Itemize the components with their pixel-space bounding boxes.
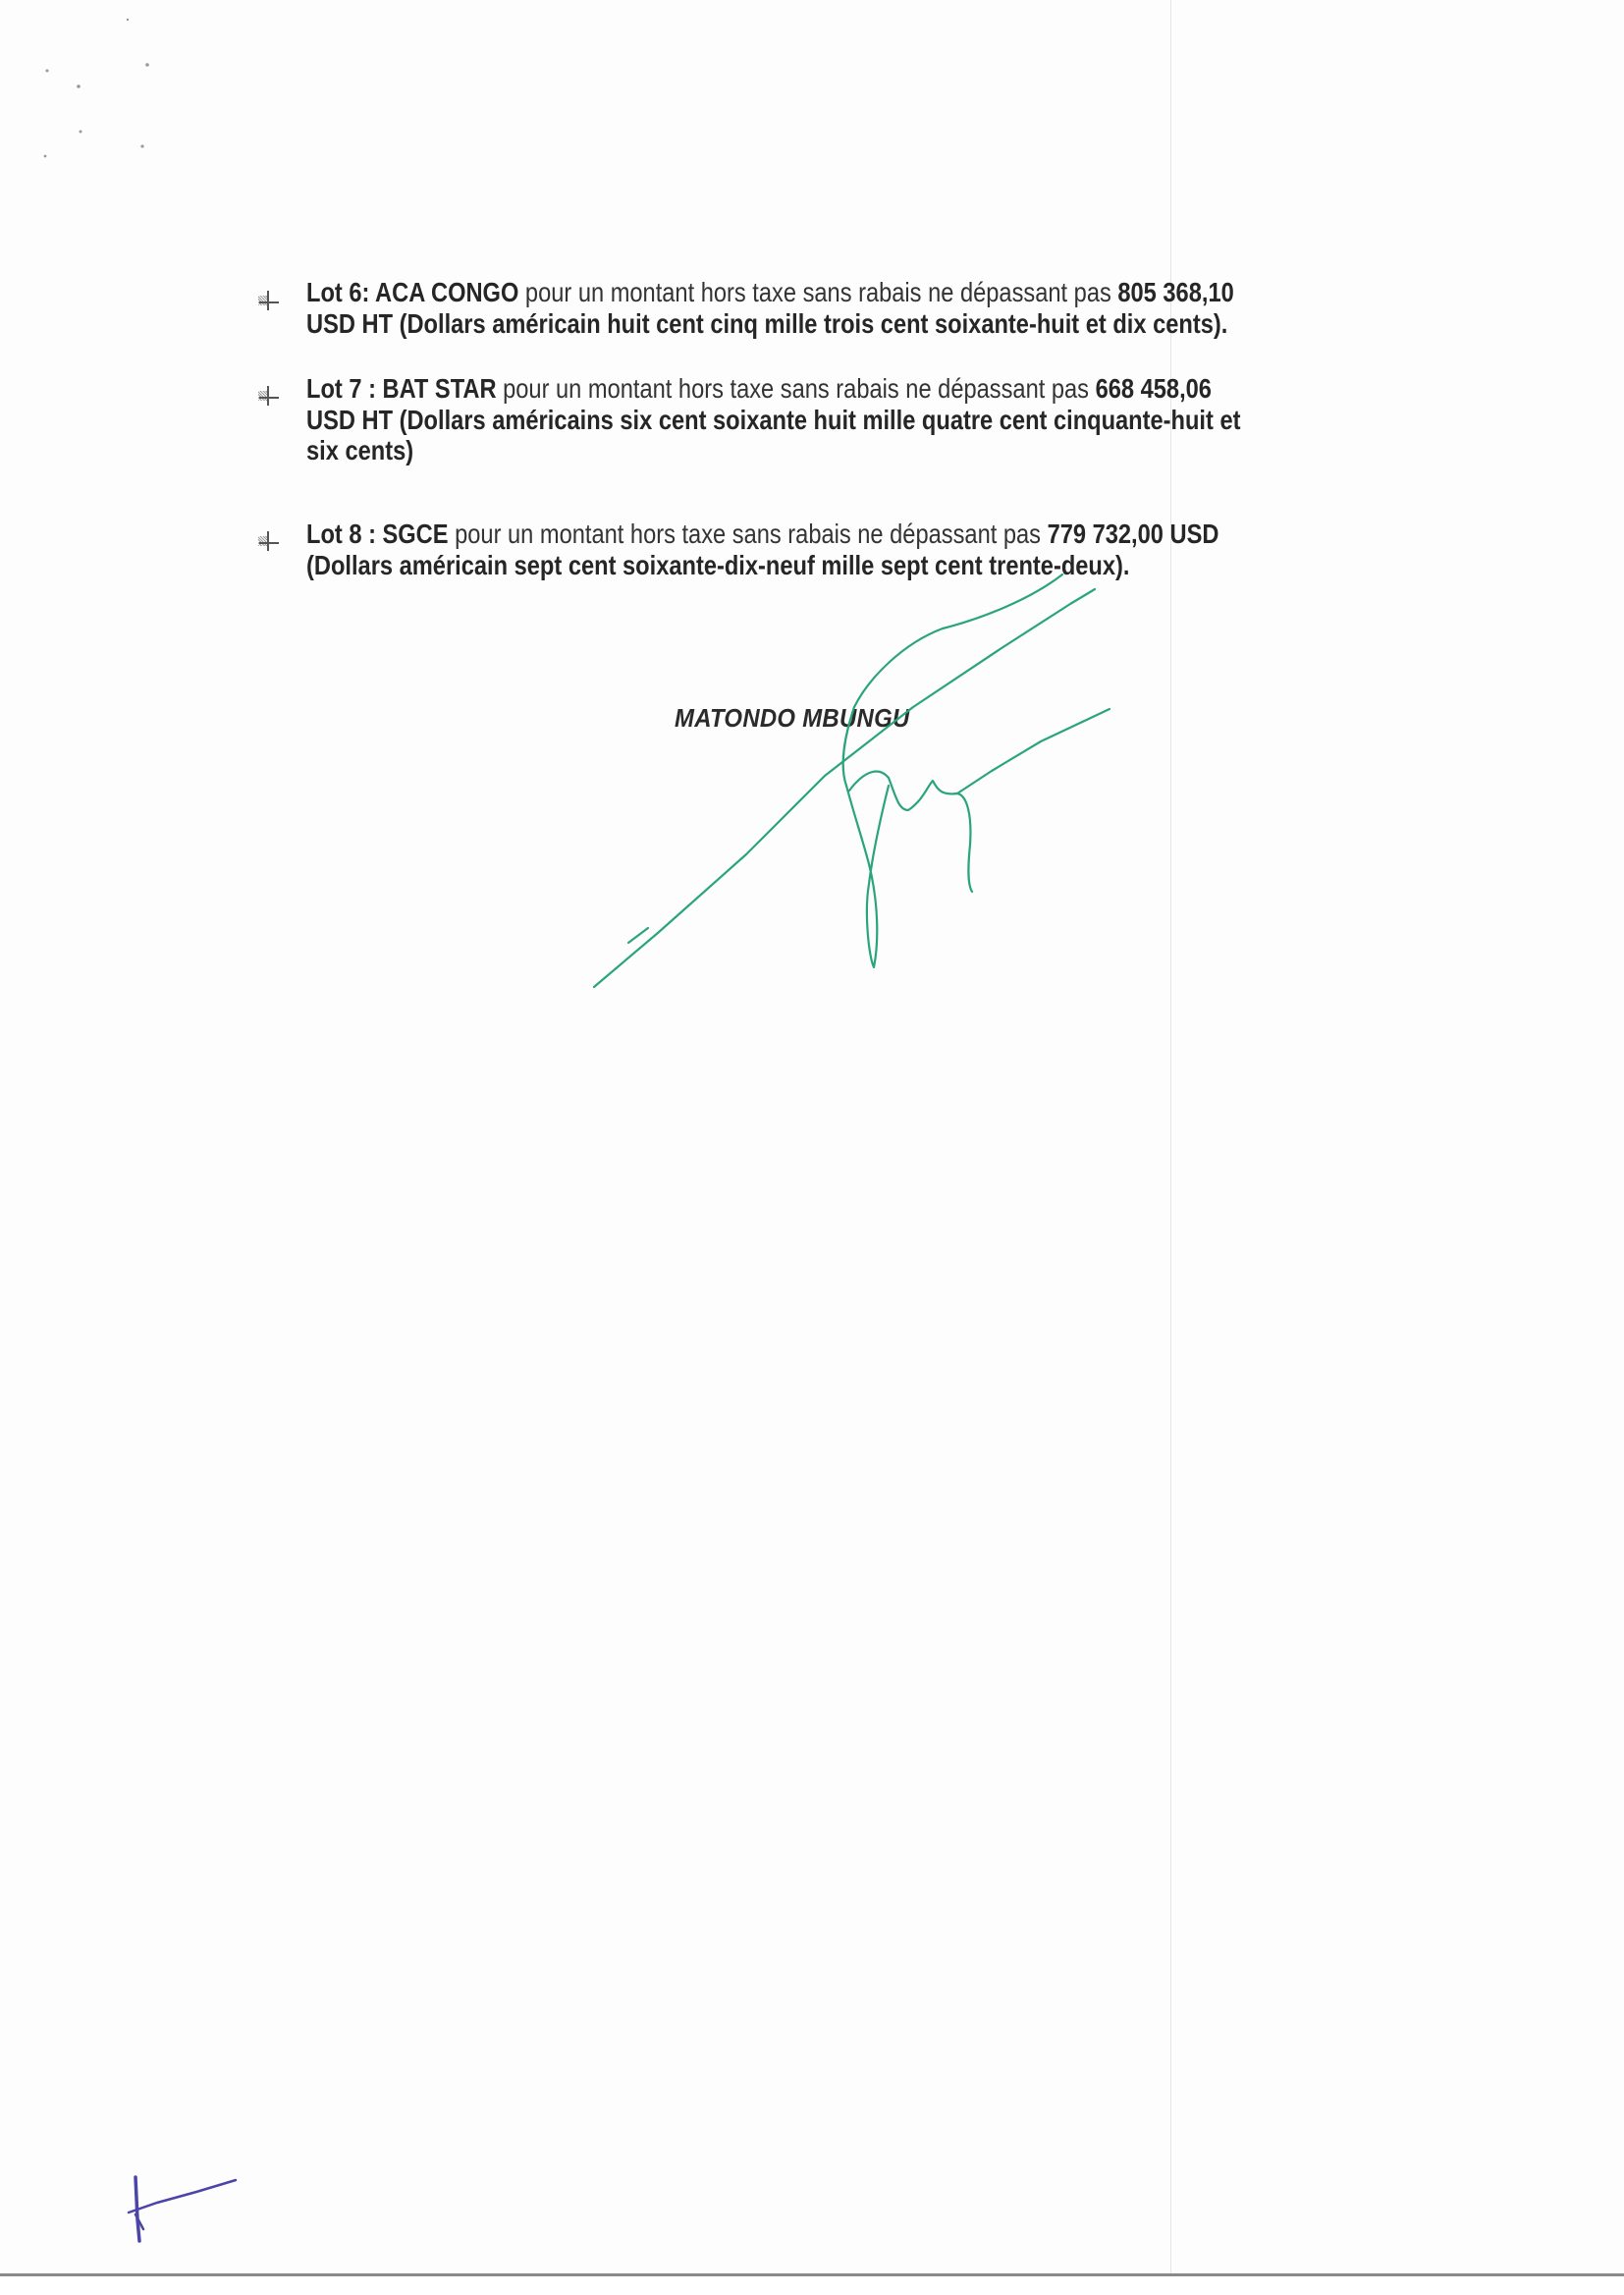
handwritten-initial — [0, 0, 1624, 2295]
scanned-page: Lot 6: ACA CONGO pour un montant hors ta… — [0, 0, 1624, 2276]
